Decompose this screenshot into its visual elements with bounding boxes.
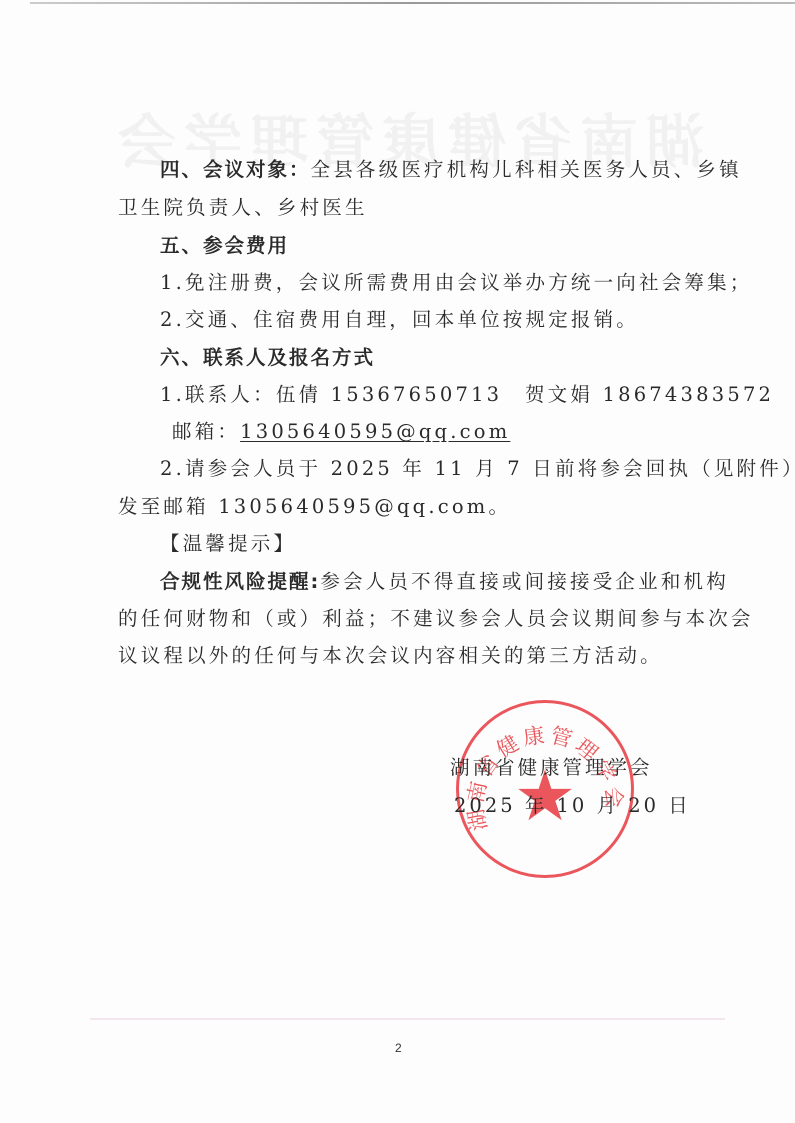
email-label: 邮箱： [172,420,240,443]
section6-item2-line1: 2.请参会人员于 2025 年 11 月 7 日前将参会回执（见附件） [160,453,795,481]
section6-item2-line2: 发至邮箱 1305640595@qq.com。 [118,491,511,519]
contact-line: 1.联系人：伍倩 15367650713 贺文娟 18674383572 [160,379,774,407]
section5-item-1: 1.免注册费，会议所需费用由会议举办方统一向社会筹集； [160,267,753,295]
signature-org: 湖南省健康管理学会 [450,752,653,780]
compliance-label: 合规性风险提醒: [160,570,320,593]
email-line: 邮箱：1305640595@qq.com [172,416,510,444]
footer-divider [90,1018,725,1020]
contact-persons: 伍倩 15367650713 贺文娟 18674383572 [276,383,774,406]
page-top-edge [30,2,795,4]
section5-item-2: 2.交通、住宿费用自理，回本单位按规定报销。 [160,304,639,332]
section5-heading: 五、参会费用 [160,230,289,258]
section4-heading: 四、会议对象： [160,158,311,181]
signature-date: 2025 年 10 月 20 日 [454,790,691,818]
contact-label: 1.联系人： [160,383,276,406]
notice-line1: 合规性风险提醒:参会人员不得直接或间接接受企业和机构 [160,566,729,594]
notice-title: 【温馨提示】 [160,528,296,556]
section4-text1: 全县各级医疗机构儿科相关医务人员、乡镇 [311,158,742,181]
section4-line2: 卫生院负责人、乡村医生 [118,192,368,220]
official-seal: 湖南省健康管理学会 ★ [456,700,634,878]
notice-line2: 的任何财物和（或）利益；不建议参会人员会议期间参与本次会 [118,603,754,631]
section4-line1: 四、会议对象：全县各级医疗机构儿科相关医务人员、乡镇 [160,154,742,182]
page-number: 2 [395,1041,402,1055]
email-link[interactable]: 1305640595@qq.com [240,420,510,443]
notice-line3: 议议程以外的任何与本次会议内容相关的第三方活动。 [118,640,663,668]
notice-text1: 参会人员不得直接或间接接受企业和机构 [320,570,729,593]
section6-heading: 六、联系人及报名方式 [160,342,375,370]
